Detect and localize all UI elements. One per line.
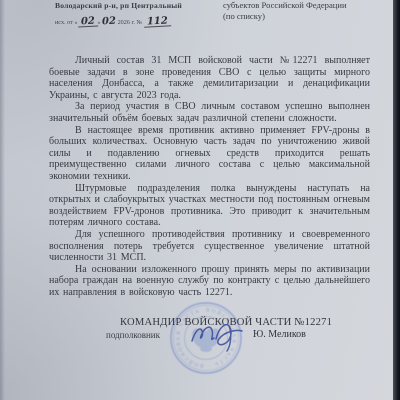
- paragraph: За период участия в СВО личным составом …: [49, 101, 370, 124]
- paper-left-edge: [0, 0, 5, 400]
- ink-signature: [186, 317, 250, 355]
- paragraph: В настоящее время противник активно прим…: [49, 125, 370, 183]
- photo-right-edge-shadow: [393, 0, 400, 400]
- signature-rank: подполковник: [106, 330, 160, 340]
- document-photo: Володарский р-н, рп Центральный исх. от …: [0, 0, 400, 400]
- outgoing-ref-line: исх. от «02» 02 2026 г. № 112: [55, 18, 220, 27]
- sender-block: Володарский р-н, рп Центральный исх. от …: [55, 1, 220, 27]
- paragraph: Для успешного противодействия противнику…: [49, 229, 370, 264]
- recipient-block: субъектов Российской Федерации (по списк…: [223, 0, 393, 22]
- ref-year-label: 2026 г. №: [118, 19, 143, 26]
- signature-name: Ю. Меликов: [253, 329, 306, 340]
- ref-prefix: исх. от «: [55, 19, 78, 26]
- ref-month-handwritten: 02: [102, 18, 116, 27]
- recipient-line-2: (по списку): [223, 11, 393, 22]
- paragraph: Личный состав 31 МСП войсковой части №12…: [49, 55, 370, 101]
- recipient-line-1: субъектов Российской Федерации: [223, 0, 393, 11]
- letter-body: Личный состав 31 МСП войсковой части №12…: [49, 55, 370, 298]
- paragraph: На основании изложенного прошу принять м…: [49, 264, 370, 299]
- paragraph: Штурмовые подразделения полка вынуждены …: [49, 183, 370, 229]
- ref-number-handwritten: 112: [144, 17, 171, 27]
- sender-location: Володарский р-н, рп Центральный: [55, 1, 220, 10]
- ref-day-handwritten: 02: [77, 17, 97, 27]
